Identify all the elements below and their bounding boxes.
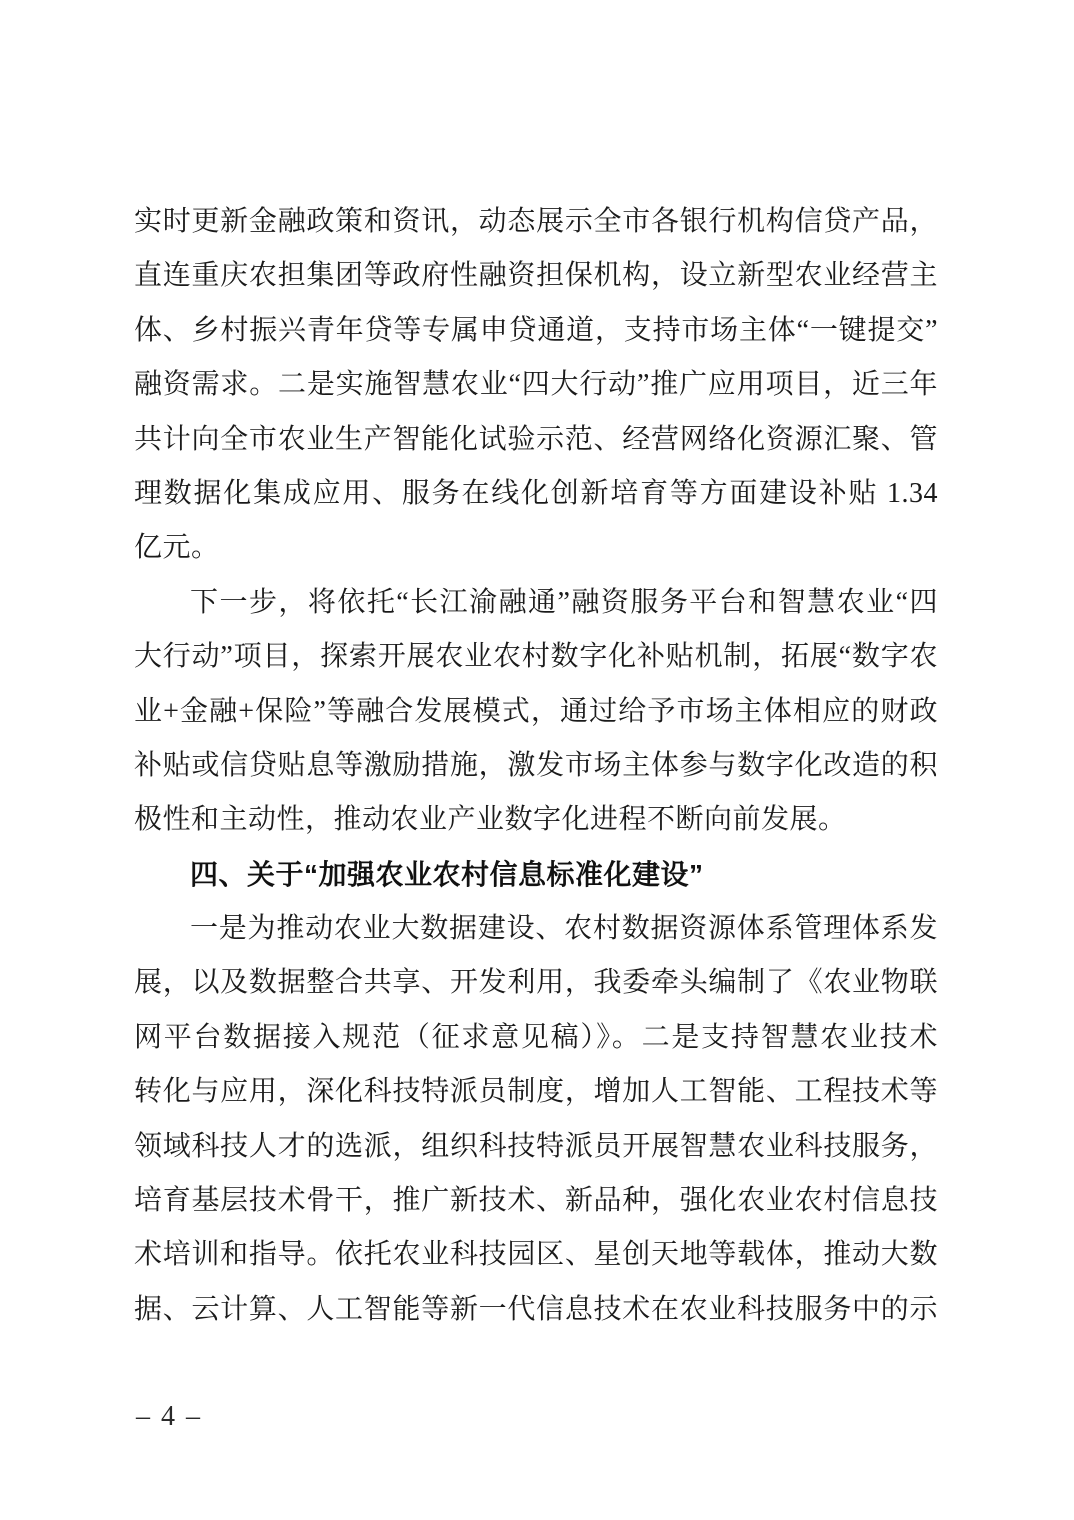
text-line: 极性和主动性，推动农业产业数字化进程不断向前发展。 <box>134 793 938 847</box>
text-line: 大行动”项目，探索开展农业农村数字化补贴机制，拓展“数字农 <box>134 630 938 684</box>
document-page: 实时更新金融政策和资讯，动态展示全市各银行机构信贷产品，直连重庆农担集团等政府性… <box>0 0 1074 1520</box>
text-line: 体、乡村振兴青年贷等专属申贷通道，支持市场主体“一键提交” <box>134 304 938 358</box>
text-line: 领域科技人才的选派，组织科技特派员开展智慧农业科技服务， <box>134 1120 938 1174</box>
text-line: 转化与应用，深化科技特派员制度，增加人工智能、工程技术等 <box>134 1065 938 1119</box>
text-line: 术培训和指导。依托农业科技园区、星创天地等载体，推动大数 <box>134 1228 938 1282</box>
text-block: 实时更新金融政策和资讯，动态展示全市各银行机构信贷产品，直连重庆农担集团等政府性… <box>134 195 938 1337</box>
section-heading: 四、关于“加强农业农村信息标准化建设” <box>134 848 938 902</box>
text-line: 一是为推动农业大数据建设、农村数据资源体系管理体系发 <box>134 902 938 956</box>
text-line: 业+金融+保险”等融合发展模式，通过给予市场主体相应的财政 <box>134 685 938 739</box>
text-line: 理数据化集成应用、服务在线化创新培育等方面建设补贴 1.34 <box>134 467 938 521</box>
text-line: 补贴或信贷贴息等激励措施，激发市场主体参与数字化改造的积 <box>134 739 938 793</box>
text-line: 融资需求。二是实施智慧农业“四大行动”推广应用项目，近三年 <box>134 358 938 412</box>
text-line: 下一步，将依托“长江渝融通”融资服务平台和智慧农业“四 <box>134 576 938 630</box>
text-line: 网平台数据接入规范（征求意见稿）》。二是支持智慧农业技术 <box>134 1011 938 1065</box>
text-line: 展，以及数据整合共享、开发利用，我委牵头编制了《农业物联 <box>134 956 938 1010</box>
text-line: 共计向全市农业生产智能化试验示范、经营网络化资源汇聚、管 <box>134 413 938 467</box>
text-line: 亿元。 <box>134 521 938 575</box>
text-line: 据、云计算、人工智能等新一代信息技术在农业科技服务中的示 <box>134 1283 938 1337</box>
text-line: 实时更新金融政策和资讯，动态展示全市各银行机构信贷产品， <box>134 195 938 249</box>
text-line: 培育基层技术骨干，推广新技术、新品种，强化农业农村信息技 <box>134 1174 938 1228</box>
text-line: 直连重庆农担集团等政府性融资担保机构，设立新型农业经营主 <box>134 249 938 303</box>
page-number: – 4 – <box>136 1397 202 1437</box>
